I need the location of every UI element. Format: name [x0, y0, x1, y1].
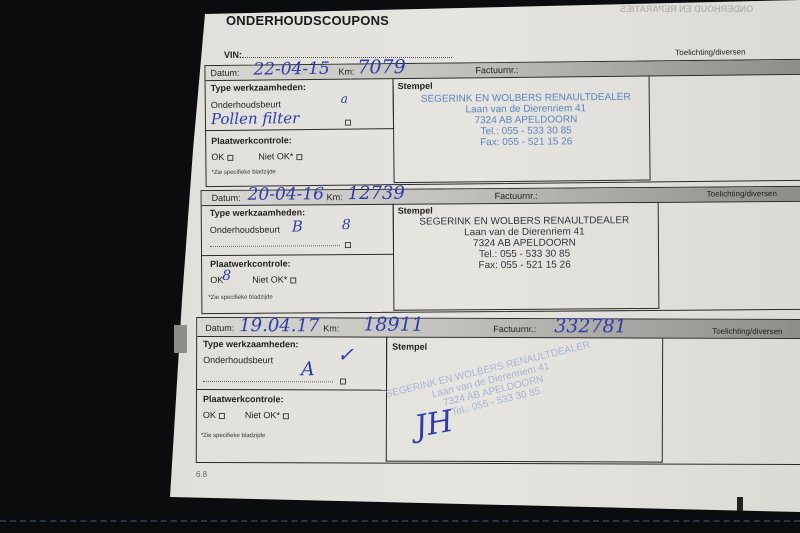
km-label: Km: [338, 67, 354, 77]
vin-field[interactable] [242, 57, 452, 58]
bleed-through-heading: ONDERHOUD EN REPARATIES [620, 4, 753, 14]
ok-checkbox[interactable] [219, 413, 225, 419]
factuurnr-value[interactable]: 332781 [554, 315, 627, 337]
niet-ok-label[interactable]: Niet OK* [258, 151, 302, 161]
niet-ok-checkbox[interactable] [290, 277, 296, 283]
onderhoudsbeurt-label: Onderhoudsbeurt [210, 225, 280, 235]
toelichting-header: Toelichting/diversen [707, 189, 777, 198]
coupon-3: Datum: 19.04.17 Km: 18911 Factuurnr.: 33… [196, 317, 800, 465]
page-number: 6.8 [196, 470, 207, 479]
page-tab-marker [174, 325, 187, 353]
toelichting-header: Toelichting/diversen [712, 327, 782, 336]
footnote: *Zie specifieke bladzijde [208, 295, 272, 301]
page-title: ONDERHOUDSCOUPONS [226, 13, 389, 28]
datum-label: Datum: [210, 68, 239, 78]
type-werkzaamheden-label: Type werkzaamheden: [203, 339, 298, 349]
onderhoudsbeurt-mark[interactable]: A [301, 358, 315, 380]
onderhoudsbeurt-mark[interactable]: B [292, 217, 303, 235]
stempel-label: Stempel [398, 81, 433, 91]
check-mark[interactable]: ✓ [337, 342, 354, 366]
niet-ok-label[interactable]: Niet OK* [245, 410, 289, 420]
ok-label[interactable]: OK [203, 410, 225, 420]
niet-ok-checkbox[interactable] [296, 154, 302, 160]
plaatwerkcontrole-label: Plaatwerkcontrole: [211, 135, 292, 146]
km-label: Km: [327, 192, 343, 202]
extra-work-checkbox[interactable] [345, 120, 351, 126]
ok-label[interactable]: OK [211, 152, 233, 162]
factuurnr-label: Factuurnr.: [475, 65, 518, 75]
km-value[interactable]: 7079 [357, 56, 406, 79]
footnote: *Zie specifieke bladzijde [201, 433, 265, 439]
edge-marker [737, 497, 743, 511]
coupon-1: Datum: 22-04-15 Km: 7079 Factuurnr.: Toe… [204, 59, 800, 187]
km-value[interactable]: 12739 [348, 183, 405, 204]
datum-label: Datum: [205, 323, 234, 333]
toelichting-header: Toelichting/diversen [675, 47, 745, 57]
coupon-2: Datum: 20-04-16 Km: 12739 Factuurnr.: To… [201, 186, 800, 314]
booklet-photo: ONDERHOUD EN REPARATIES ONDERHOUDSCOUPON… [0, 0, 800, 533]
stempel-label: Stempel [398, 205, 433, 215]
datum-value[interactable]: 22-04-15 [253, 59, 330, 80]
km-value[interactable]: 18911 [363, 314, 424, 336]
type-werkzaamheden-label: Type werkzaamheden: [211, 82, 306, 93]
extra-work-value[interactable]: Pollen filter [211, 109, 299, 128]
footnote: *Zie specifieke bladzijde [211, 169, 275, 176]
niet-ok-checkbox[interactable] [283, 413, 289, 419]
vin-label: VIN: [224, 50, 242, 60]
datum-value[interactable]: 19.04.17 [239, 315, 319, 336]
dealer-stamp: SEGERINK EN WOLBERS RENAULTDEALER Laan v… [416, 92, 637, 149]
onderhoudsbeurt-mark[interactable]: a [341, 92, 348, 106]
ok-mark[interactable]: 8 [222, 268, 231, 284]
dealer-stamp: SEGERINK EN WOLBERS RENAULTDEALER Laan v… [417, 215, 632, 271]
extra-work-checkbox[interactable] [340, 378, 346, 384]
signature: JH [412, 404, 456, 445]
factuurnr-label: Factuurnr.: [493, 324, 536, 334]
niet-ok-label[interactable]: Niet OK* [252, 274, 296, 284]
onderhoudsbeurt-label: Onderhoudsbeurt [203, 355, 273, 365]
extra-work-checkbox[interactable] [345, 242, 351, 248]
type-werkzaamheden-label: Type werkzaamheden: [210, 207, 305, 218]
seat-stitching [0, 512, 800, 533]
ok-checkbox[interactable] [227, 154, 233, 160]
datum-value[interactable]: 20-04-16 [248, 184, 325, 205]
datum-label: Datum: [212, 193, 241, 203]
extra-mark[interactable]: 8 [342, 217, 351, 233]
stempel-label: Stempel [392, 342, 427, 352]
km-label: Km: [323, 323, 339, 333]
factuurnr-label: Factuurnr.: [495, 191, 538, 201]
plaatwerkcontrole-label: Plaatwerkcontrole: [203, 394, 284, 404]
